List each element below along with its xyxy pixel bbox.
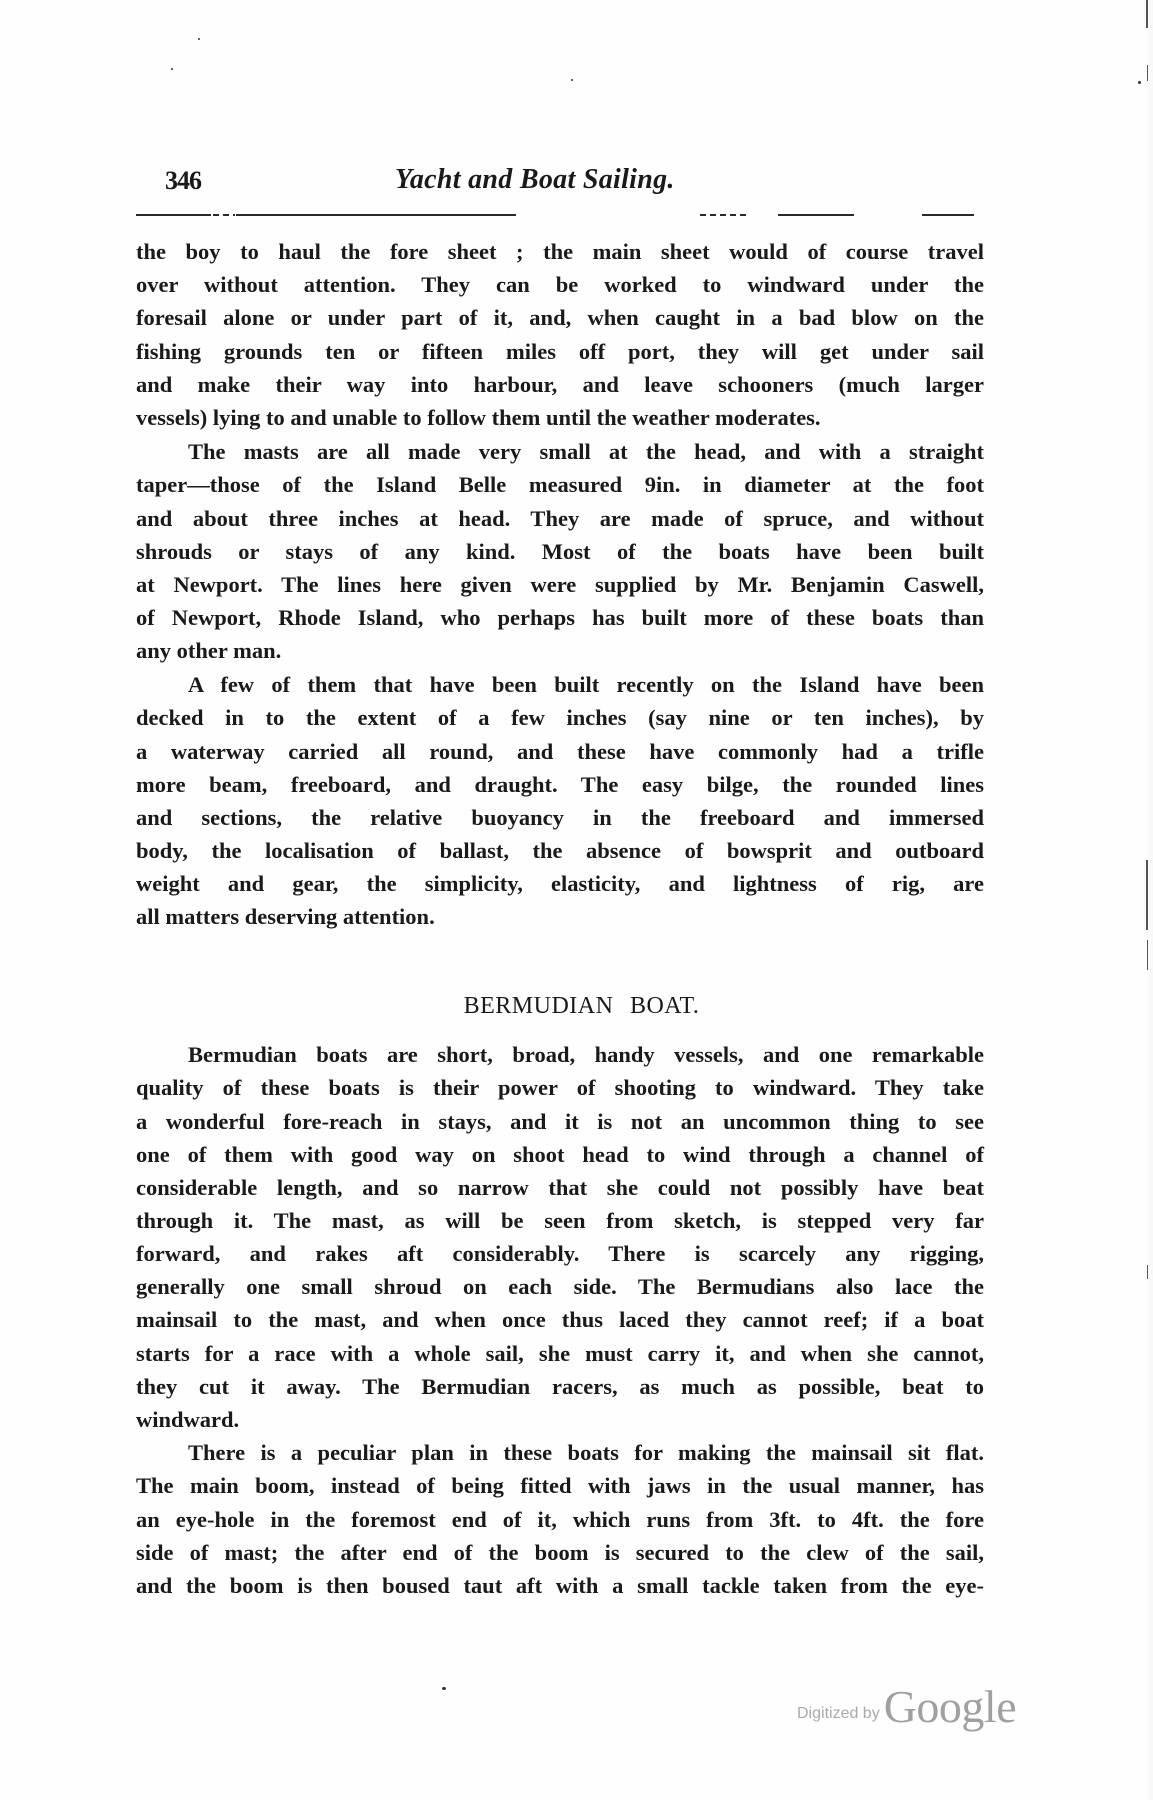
page-number: 346 — [165, 166, 201, 196]
text-line: A few of them that have been built recen… — [188, 670, 984, 700]
text-line: over without attention. They can be work… — [136, 270, 984, 300]
section-heading: BERMUDIAN BOAT. — [0, 993, 1153, 1020]
text-line: and the boom is then boused taut aft wit… — [136, 1571, 984, 1601]
google-logo: Google — [884, 1681, 1016, 1732]
text-line: a waterway carried all round, and these … — [136, 737, 984, 767]
header-rule — [778, 214, 854, 216]
text-line: all matters deserving attention. — [136, 902, 984, 932]
text-line: body, the localisation of ballast, the a… — [136, 836, 984, 866]
page-edge-shadow — [1143, 0, 1153, 1800]
text-line: There is a peculiar plan in these boats … — [188, 1438, 984, 1468]
text-line: mainsail to the mast, and when once thus… — [136, 1305, 984, 1335]
text-line: windward. — [136, 1405, 984, 1435]
text-line: and about three inches at head. They are… — [136, 504, 984, 534]
text-line: fishing grounds ten or fifteen miles off… — [136, 337, 984, 367]
text-line: any other man. — [136, 636, 984, 666]
text-line: decked in to the extent of a few inches … — [136, 703, 984, 733]
scan-speck — [171, 68, 173, 70]
text-line: the boy to haul the fore sheet ; the mai… — [136, 237, 984, 267]
text-line: foresail alone or under part of it, and,… — [136, 303, 984, 333]
text-line: side of mast; the after end of the boom … — [136, 1538, 984, 1568]
text-line: starts for a race with a whole sail, she… — [136, 1339, 984, 1369]
page-edge-mark — [1146, 860, 1148, 930]
page-edge-mark — [1147, 1265, 1148, 1279]
scan-speck — [571, 79, 573, 81]
header-rule — [700, 214, 750, 216]
text-line: vessels) lying to and unable to follow t… — [136, 403, 984, 433]
watermark-prefix: Digitized by — [797, 1705, 880, 1722]
scan-speck — [1138, 81, 1141, 84]
page-edge-mark — [1147, 940, 1148, 970]
text-line: they cut it away. The Bermudian racers, … — [136, 1372, 984, 1402]
text-line: taper—those of the Island Belle measured… — [136, 470, 984, 500]
text-line: Bermudian boats are short, broad, handy … — [188, 1040, 984, 1070]
text-line: one of them with good way on shoot head … — [136, 1140, 984, 1170]
scan-speck — [198, 38, 200, 40]
text-line: The main boom, instead of being fitted w… — [136, 1471, 984, 1501]
scan-speck — [442, 1687, 446, 1690]
text-line: considerable length, and so narrow that … — [136, 1173, 984, 1203]
scanned-book-page: 346 Yacht and Boat Sailing. the boy to h… — [0, 0, 1153, 1800]
header-rule — [236, 214, 516, 216]
text-line: The masts are all made very small at the… — [188, 437, 984, 467]
text-line: weight and gear, the simplicity, elastic… — [136, 869, 984, 899]
text-line: shrouds or stays of any kind. Most of th… — [136, 537, 984, 567]
running-head: 346 Yacht and Boat Sailing. — [135, 162, 925, 202]
header-rule — [213, 214, 235, 216]
text-line: more beam, freeboard, and draught. The e… — [136, 770, 984, 800]
text-line: and sections, the relative buoyancy in t… — [136, 803, 984, 833]
text-line: through it. The mast, as will be seen fr… — [136, 1206, 984, 1236]
text-line: and make their way into harbour, and lea… — [136, 370, 984, 400]
header-rule — [136, 214, 211, 216]
digitized-by-google-watermark: Digitized by Google — [797, 1680, 1016, 1733]
text-line: a wonderful fore-reach in stays, and it … — [136, 1107, 984, 1137]
text-line: quality of these boats is their power of… — [136, 1073, 984, 1103]
text-line: at Newport. The lines here given were su… — [136, 570, 984, 600]
text-line: forward, and rakes aft considerably. The… — [136, 1239, 984, 1269]
text-line: generally one small shroud on each side.… — [136, 1272, 984, 1302]
text-line: of Newport, Rhode Island, who perhaps ha… — [136, 603, 984, 633]
text-line: an eye-hole in the foremost end of it, w… — [136, 1505, 984, 1535]
header-rule — [922, 214, 974, 216]
book-title: Yacht and Boat Sailing. — [395, 164, 675, 196]
page-edge-mark — [1146, 0, 1148, 28]
page-edge-mark — [1147, 65, 1148, 81]
